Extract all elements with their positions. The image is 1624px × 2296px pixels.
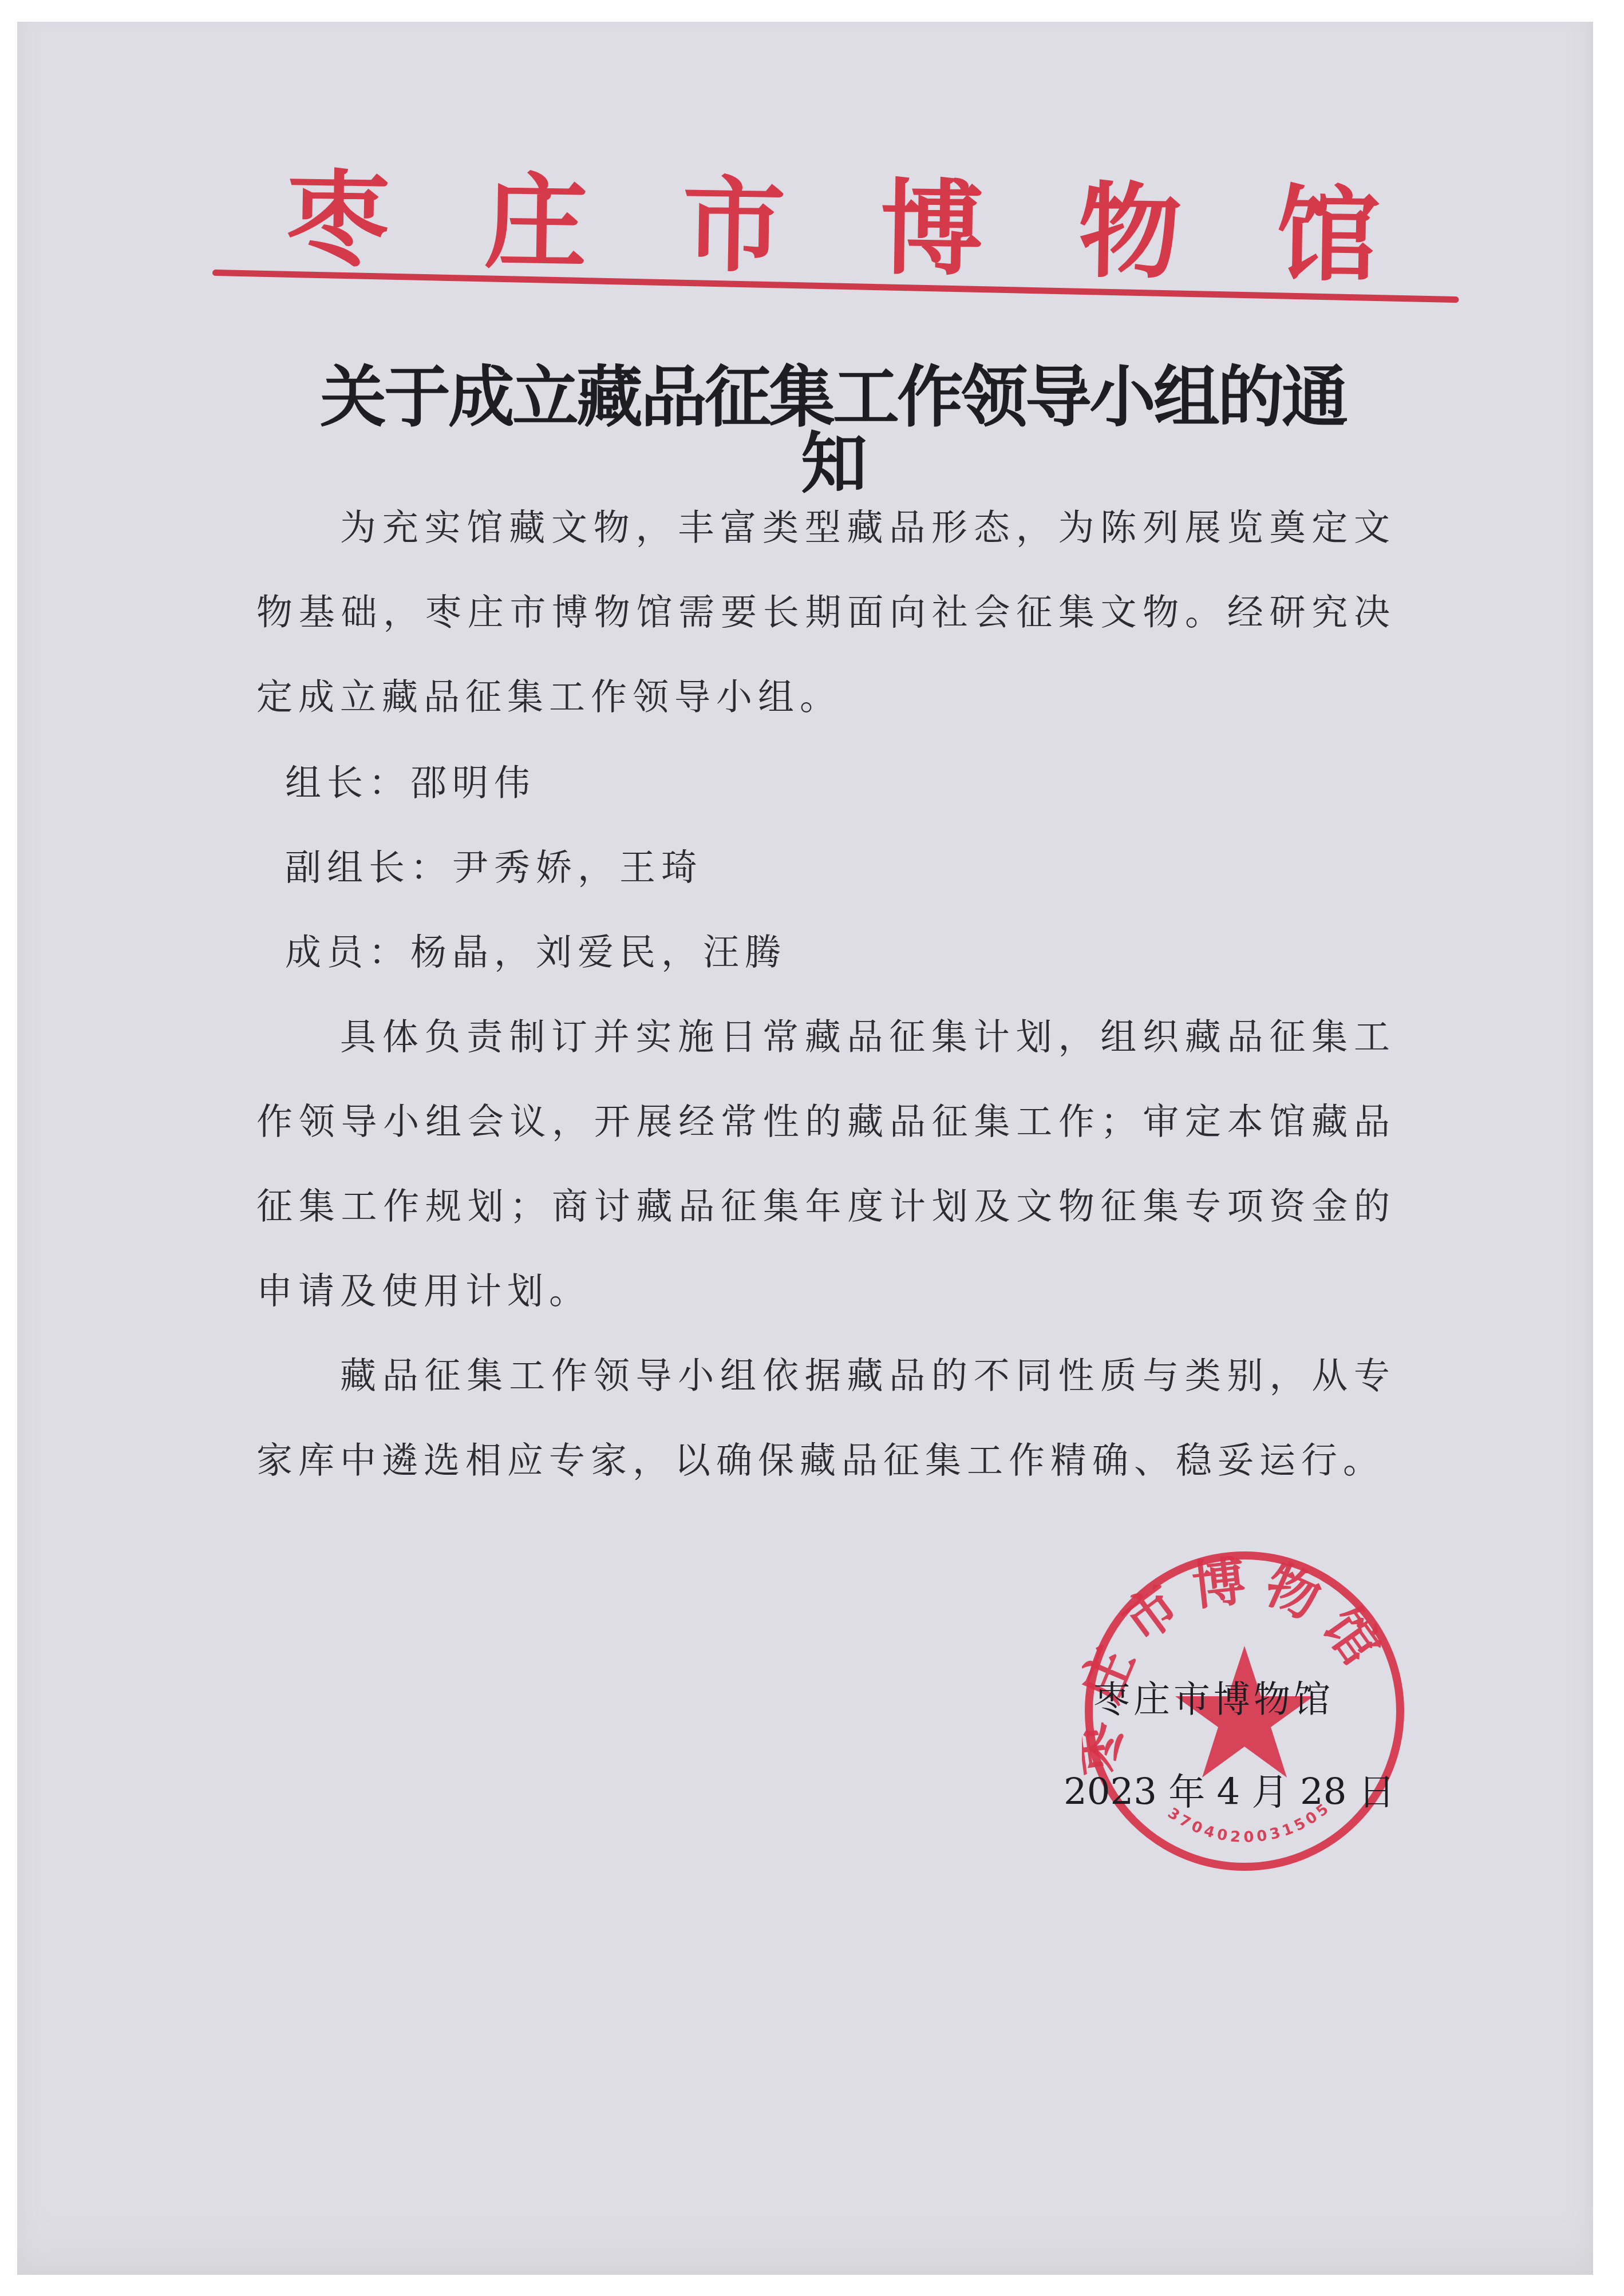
signature-date: 2023 年 4 月 28 日 (1064, 1774, 1395, 1811)
letterhead-char: 博 (879, 177, 984, 282)
letterhead-char: 物 (1077, 180, 1182, 285)
paragraph-duties: 具体负责制订并实施日常藏品征集计划，组织藏品征集工作领导小组会议，开展经常性的藏… (256, 995, 1396, 1333)
signature-organization: 枣庄市博物馆 (1093, 1681, 1334, 1718)
document-title: 关于成立藏品征集工作领导小组的通知 (309, 364, 1357, 497)
member-list: 成员：杨晶，刘爱民，汪腾 (285, 910, 787, 995)
paragraph-intro: 为充实馆藏文物，丰富类型藏品形态，为陈列展览奠定文物基础，枣庄市博物馆需要长期面… (256, 485, 1396, 739)
letterhead-char: 市 (681, 174, 786, 279)
member-leader: 组长：邵明伟 (285, 741, 536, 825)
member-deputy-leaders: 副组长：尹秀娇，王琦 (285, 825, 703, 910)
letterhead-char: 枣 (286, 168, 390, 272)
document-page: 枣 庄 市 博 物 馆 关于成立藏品征集工作领导小组的通知 为充实馆藏文物，丰富… (17, 22, 1593, 2275)
letterhead-char: 庄 (484, 171, 588, 275)
letterhead-char: 馆 (1275, 183, 1380, 288)
letterhead: 枣 庄 市 博 物 馆 (285, 162, 1380, 294)
paragraph-experts: 藏品征集工作领导小组依据藏品的不同性质与类别，从专家库中遴选相应专家，以确保藏品… (256, 1333, 1396, 1503)
